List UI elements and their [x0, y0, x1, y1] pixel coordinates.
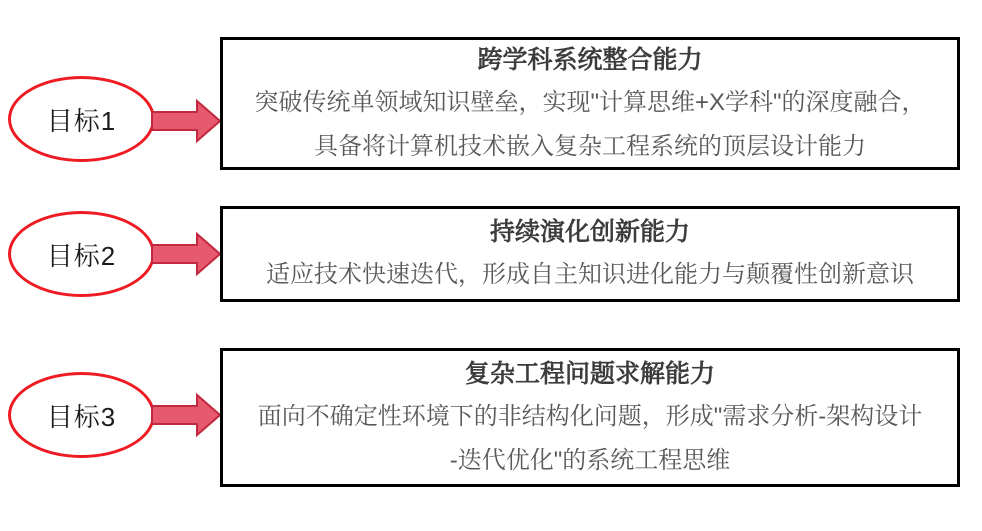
diagram-canvas: 目标1 跨学科系统整合能力 突破传统单领域知识壁垒，实现"计算思维+X学科"的深… [0, 0, 982, 531]
goal-title-1: 跨学科系统整合能力 [477, 39, 702, 81]
goal-ellipse-2: 目标2 [8, 211, 155, 297]
goal-ellipse-3: 目标3 [8, 372, 155, 458]
goal-row-1: 目标1 跨学科系统整合能力 突破传统单领域知识壁垒，实现"计算思维+X学科"的深… [0, 0, 982, 531]
goal-text-line: 面向不确定性环境下的非结构化问题，形成"需求分析-架构设计 [258, 395, 923, 439]
goal-box-3: 复杂工程问题求解能力 面向不确定性环境下的非结构化问题，形成"需求分析-架构设计… [220, 348, 960, 487]
goal-label-2: 目标2 [47, 236, 116, 273]
goal-box-1: 跨学科系统整合能力 突破传统单领域知识壁垒，实现"计算思维+X学科"的深度融合，… [220, 37, 960, 170]
arrow-right-icon [151, 231, 221, 277]
goal-label-3: 目标3 [47, 397, 116, 434]
goal-row-2: 目标2 持续演化创新能力 适应技术快速迭代，形成自主知识进化能力与颠覆性创新意识 [0, 0, 982, 531]
goal-row-3: 目标3 复杂工程问题求解能力 面向不确定性环境下的非结构化问题，形成"需求分析-… [0, 0, 982, 531]
goal-title-2: 持续演化创新能力 [490, 211, 690, 253]
goal-text-line: -迭代优化"的系统工程思维 [450, 439, 731, 483]
arrow-right-icon [151, 392, 221, 438]
goal-text-line: 突破传统单领域知识壁垒，实现"计算思维+X学科"的深度融合， [254, 81, 925, 125]
goal-text-line: 适应技术快速迭代，形成自主知识进化能力与颠覆性创新意识 [266, 253, 914, 297]
arrow-right-shape [152, 101, 220, 141]
goal-box-2: 持续演化创新能力 适应技术快速迭代，形成自主知识进化能力与颠覆性创新意识 [220, 206, 960, 302]
goal-text-line: 具备将计算机技术嵌入复杂工程系统的顶层设计能力 [314, 125, 866, 169]
goal-ellipse-1: 目标1 [8, 76, 155, 162]
goal-title-3: 复杂工程问题求解能力 [465, 353, 715, 395]
arrow-right-shape [152, 234, 220, 274]
arrow-right-shape [152, 395, 220, 435]
arrow-right-icon [151, 98, 221, 144]
goal-label-1: 目标1 [47, 101, 116, 138]
